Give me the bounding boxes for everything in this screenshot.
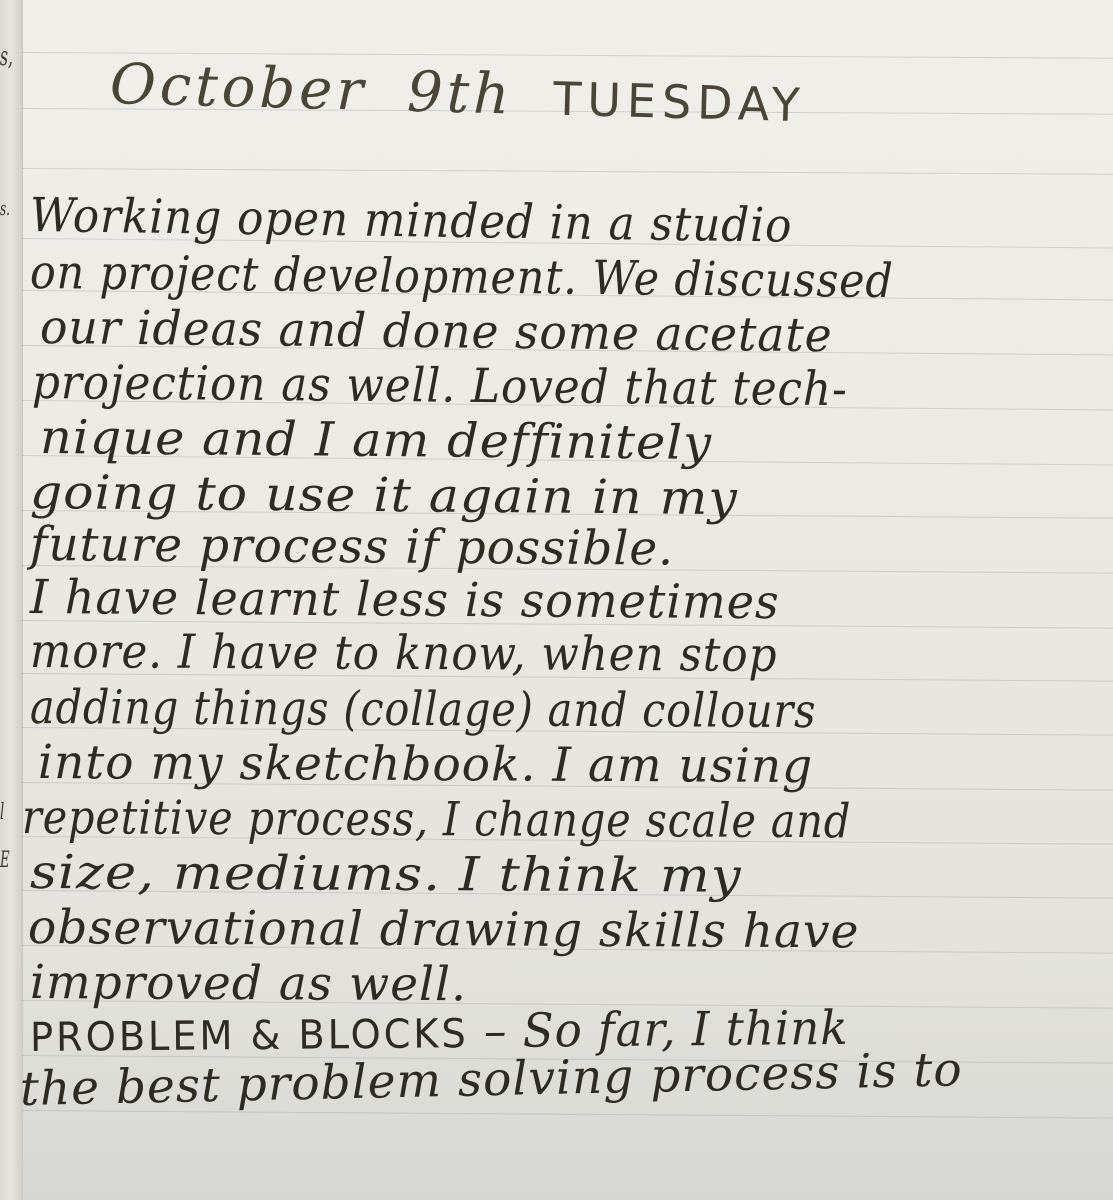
journal-line: size, mediums. I think my xyxy=(30,845,742,904)
page-gutter xyxy=(0,0,23,1200)
entry-day: 9th xyxy=(406,60,514,128)
journal-line: nique and I am deffinitely xyxy=(40,410,713,471)
journal-line: Working open minded in a studio xyxy=(30,188,793,254)
margin-mark: l xyxy=(0,800,4,825)
ruled-line xyxy=(22,168,1113,175)
journal-line: repetitive process, I change scale and xyxy=(22,790,851,849)
entry-date-heading: October9thTUESDAY xyxy=(109,52,807,135)
journal-line: projection as well. Loved that tech- xyxy=(32,355,848,417)
journal-line: on project development. We discussed xyxy=(30,245,894,309)
margin-mark: s. xyxy=(0,196,10,220)
journal-line: adding things (collage) and collours xyxy=(30,680,817,739)
journal-line: I have learnt less is sometimes xyxy=(30,570,780,630)
entry-weekday: TUESDAY xyxy=(553,72,807,133)
journal-line: improved as well. xyxy=(30,955,467,1012)
journal-line: observational drawing skills have xyxy=(28,900,860,959)
journal-line: into my sketchbook. I am using xyxy=(38,735,814,794)
journal-line: our ideas and done some acetate xyxy=(40,300,833,363)
journal-line: future process if possible. xyxy=(30,517,674,576)
margin-mark: E xyxy=(0,848,10,873)
journal-line: more. I have to know, when stop xyxy=(30,624,778,683)
journal-page: s, s. l E October9thTUESDAY Working open… xyxy=(0,0,1113,1200)
entry-month: October xyxy=(109,52,368,124)
margin-mark: s, xyxy=(0,42,13,72)
